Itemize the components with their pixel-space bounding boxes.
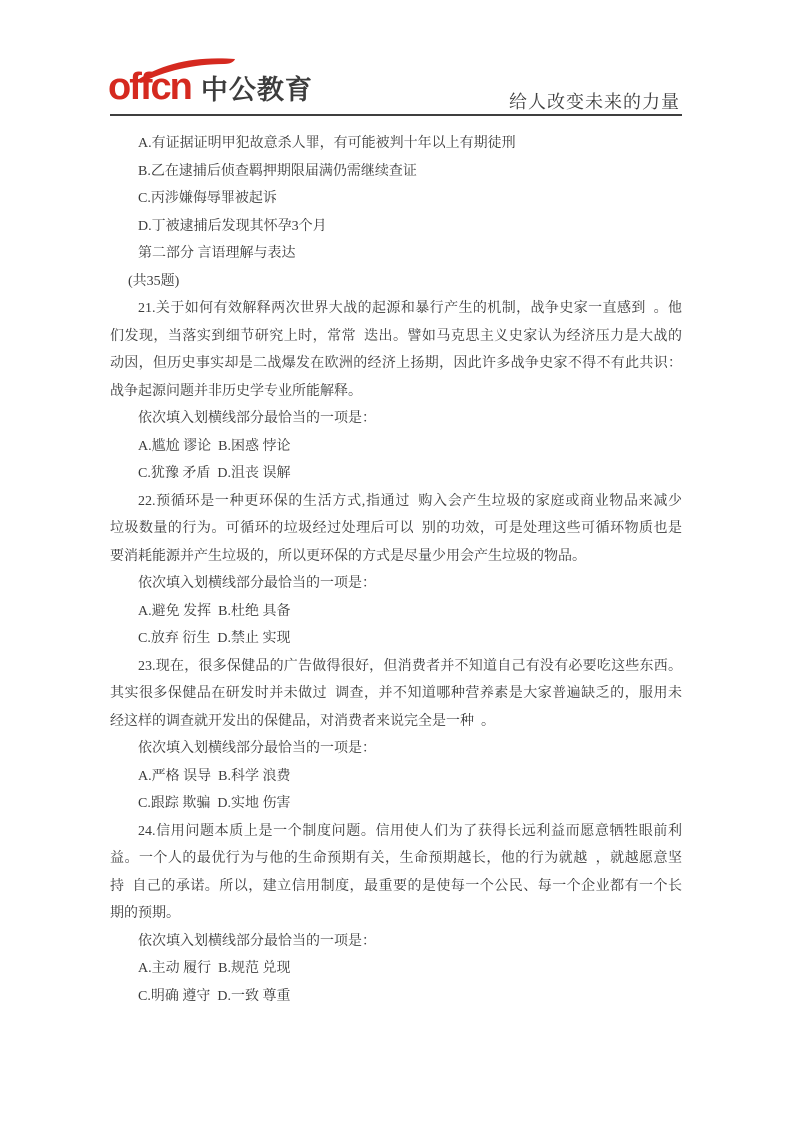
text-line: 垃圾数量的行为。可循环的垃圾经过处理后可以 别的功效，可是处理这些可循环物质也是 (110, 515, 682, 543)
text-line: 第二部分 言语理解与表达 (110, 240, 682, 268)
text-line: 战争起源问题并非历史学专业所能解释。 (110, 378, 682, 406)
logo-wordmark-wrap: offcn (108, 71, 191, 104)
text-line: B.乙在逮捕后侦查羁押期限届满仍需继续查证 (110, 158, 682, 186)
text-line: 依次填入划横线部分最恰当的一项是： (110, 735, 682, 763)
text-line: 24.信用问题本质上是一个制度问题。信用使人们为了获得长远利益而愿意牺牲眼前利 (110, 818, 682, 846)
text-line: 依次填入划横线部分最恰当的一项是： (110, 405, 682, 433)
text-line: A.尴尬 谬论 B.困惑 悖论 (110, 433, 682, 461)
document-page: offcn 中公教育 给人改变未来的力量 A.有证据证明甲犯故意杀人罪，有可能被… (0, 0, 793, 1122)
text-line: D.丁被逮捕后发现其怀孕3个月 (110, 213, 682, 241)
text-line: 益。一个人的最优行为与他的生命预期有关，生命预期越长，他的行为就越 ，就越愿意坚 (110, 845, 682, 873)
text-line: 22.预循环是一种更环保的生活方式,指通过 购入会产生垃圾的家庭或商业物品来减少 (110, 488, 682, 516)
text-line: A.主动 履行 B.规范 兑现 (110, 955, 682, 983)
text-line: C.明确 遵守 D.一致 尊重 (110, 983, 682, 1011)
text-line: C.跟踪 欺骗 D.实地 伤害 (110, 790, 682, 818)
logo-brand-name: 中公教育 (201, 77, 313, 104)
text-line: 21.关于如何有效解释两次世界大战的起源和暴行产生的机制，战争史家一直感到 。他 (110, 295, 682, 323)
text-line: 们发现，当落实到细节研究上时，常常 迭出。譬如马克思主义史家认为经济压力是大战的 (110, 323, 682, 351)
header-slogan: 给人改变未来的力量 (509, 88, 680, 114)
text-line: 23.现在，很多保健品的广告做得很好，但消费者并不知道自己有没有必要吃这些东西。 (110, 653, 682, 681)
text-line: 期的预期。 (110, 900, 682, 928)
text-line: 持 自己的承诺。所以，建立信用制度，最重要的是使每一个公民、每一个企业都有一个长 (110, 873, 682, 901)
text-line: C.丙涉嫌侮辱罪被起诉 (110, 185, 682, 213)
text-line: C.犹豫 矛盾 D.沮丧 误解 (110, 460, 682, 488)
text-line: 其实很多保健品在研发时并未做过 调查，并不知道哪种营养素是大家普遍缺乏的，服用未 (110, 680, 682, 708)
text-line: A.严格 误导 B.科学 浪费 (110, 763, 682, 791)
text-line: 动因，但历史事实却是二战爆发在欧洲的经济上扬期，因此许多战争史家不得不有此共识： (110, 350, 682, 378)
logo-wordmark: offcn (108, 66, 191, 108)
header-divider-rule (110, 114, 682, 116)
text-line: 依次填入划横线部分最恰当的一项是： (110, 928, 682, 956)
offcn-logo: offcn 中公教育 (108, 60, 313, 104)
text-line: 要消耗能源并产生垃圾的，所以更环保的方式是尽量少用会产生垃圾的物品。 (110, 543, 682, 571)
text-line: 依次填入划横线部分最恰当的一项是： (110, 570, 682, 598)
text-line: C.放弃 衍生 D.禁止 实现 (110, 625, 682, 653)
text-line: A.有证据证明甲犯故意杀人罪，有可能被判十年以上有期徒刑 (110, 130, 682, 158)
text-line: A.避免 发挥 B.杜绝 具备 (110, 598, 682, 626)
text-line: 经这样的调查就开发出的保健品，对消费者来说完全是一种 。 (110, 708, 682, 736)
document-body: A.有证据证明甲犯故意杀人罪，有可能被判十年以上有期徒刑B.乙在逮捕后侦查羁押期… (110, 130, 682, 1010)
text-line: (共35题) (110, 268, 682, 296)
